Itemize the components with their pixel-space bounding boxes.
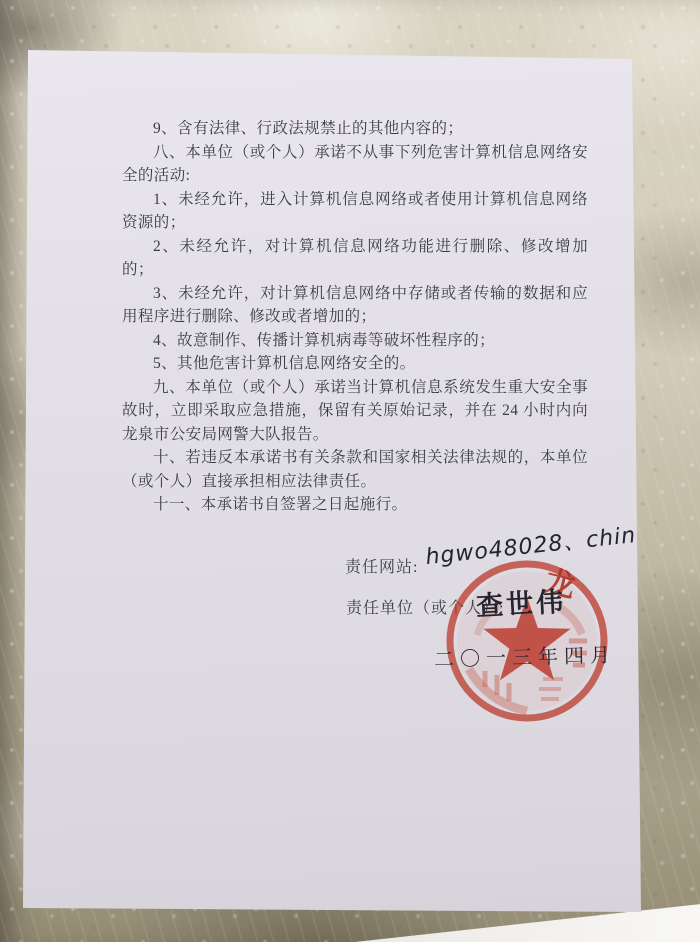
body-paragraph: 3、未经允许，对计算机信息网络中存储或者传输的数据和应用程序进行删除、修改或者增… (122, 282, 588, 329)
body-paragraph: 1、未经允许，进入计算机信息网络或者使用计算机信息网络资源的； (122, 188, 588, 235)
body-paragraph: 5、其他危害计算机信息网络安全的。 (122, 352, 588, 376)
site-label: 责任网站: (345, 559, 418, 576)
signature-handwritten: 查世伟 (475, 580, 567, 624)
body-paragraph: 十、若违反本承诺书有关条款和国家相关法律法规的，本单位（或个人）直接承担相应法律… (122, 446, 588, 493)
body-paragraph: 十一、本承诺书自签署之日起施行。 (122, 493, 588, 517)
body-paragraph: 八、本单位（或个人）承诺不从事下列危害计算机信息网络安全的活动: (122, 141, 588, 188)
body-paragraph: 九、本单位（或个人）承诺当计算机信息系统发生重大安全事故时，立即采取应急措施，保… (122, 376, 588, 447)
photo-background: 9、含有法律、行政法规禁止的其他内容的；八、本单位（或个人）承诺不从事下列危害计… (0, 0, 700, 942)
body-paragraph: 4、故意制作、传播计算机病毒等破坏性程序的； (122, 329, 588, 353)
document-paper: 9、含有法律、行政法规禁止的其他内容的；八、本单位（或个人）承诺不从事下列危害计… (0, 0, 700, 942)
document-body: 9、含有法律、行政法规禁止的其他内容的；八、本单位（或个人）承诺不从事下列危害计… (122, 117, 588, 517)
body-paragraph: 2、未经允许，对计算机信息网络功能进行删除、修改增加的； (122, 235, 588, 282)
body-paragraph: 9、含有法律、行政法规禁止的其他内容的； (122, 117, 588, 141)
date-handwritten: 二〇一三年四月 (434, 639, 617, 673)
